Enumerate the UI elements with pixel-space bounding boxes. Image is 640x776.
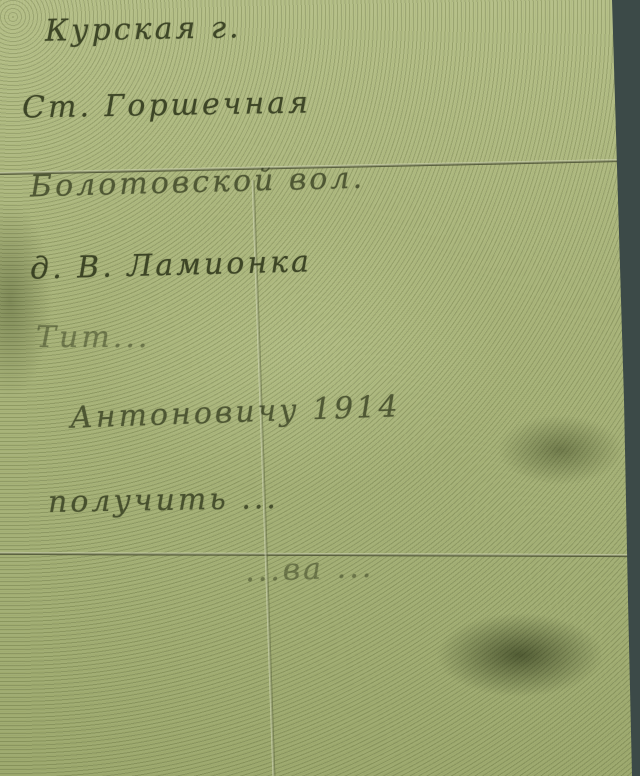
paper-sheet: Курская г. Ст. Горшечная Болотовской вол… (0, 0, 632, 776)
handwritten-line-station: Ст. Горшечная (22, 85, 312, 125)
handwritten-line-village: д. В. Ламионка (30, 244, 313, 286)
handwritten-line-recipient-patronymic: Антоновичу 1914 (69, 389, 401, 436)
handwritten-line-instruction: получить ... (48, 481, 279, 520)
handwritten-line-volost: Болотовской вол. (30, 161, 366, 205)
handwritten-line-faint: ...ва ... (244, 550, 374, 589)
handwritten-line-recipient-first: Тит... (36, 320, 150, 355)
handwritten-line-province: Курская г. (45, 10, 242, 48)
